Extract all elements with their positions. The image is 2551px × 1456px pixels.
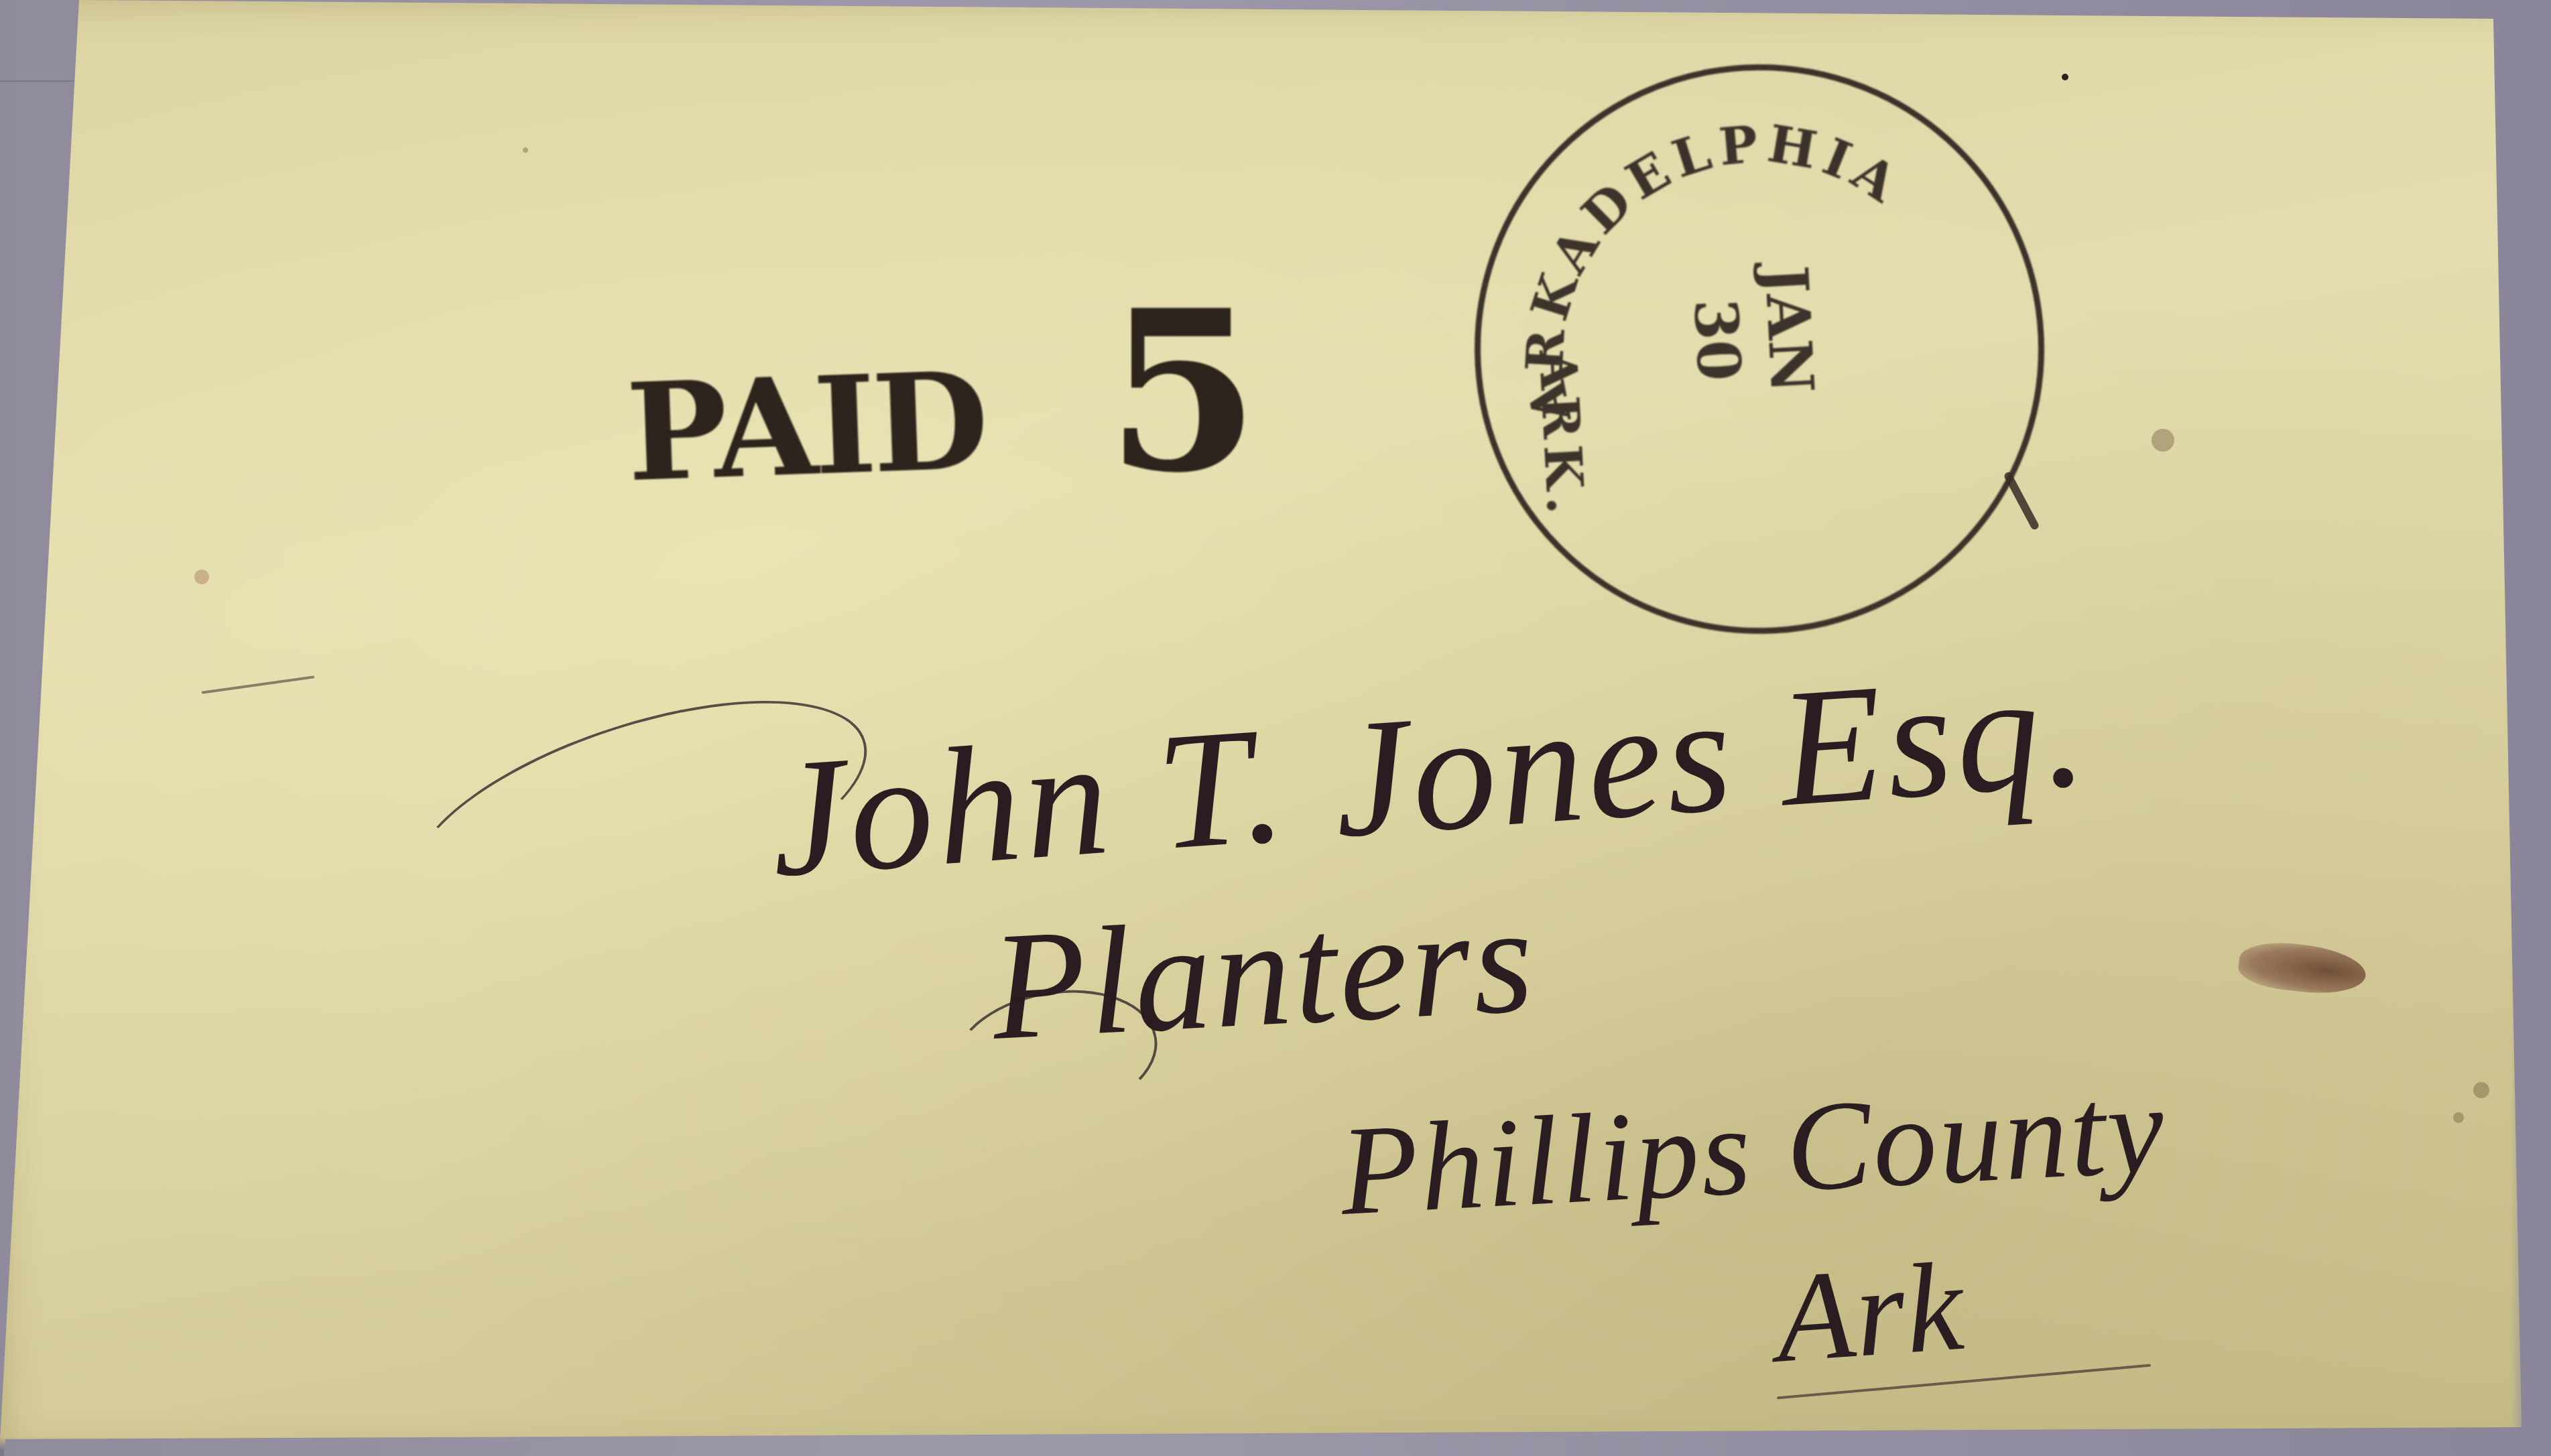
ink-stain	[2237, 938, 2368, 998]
foxing-spot	[2062, 74, 2068, 80]
foxing-spot	[2152, 429, 2174, 452]
stray-pen-mark	[202, 675, 315, 694]
envelope: PAID 5 ARKADELPHIA ARK. JAN 30 John T. J…	[0, 0, 2551, 1456]
postmark-month: JAN	[1751, 259, 1827, 395]
addressee-county: Phillips County	[1336, 1056, 2169, 1245]
envelope-bottom-edge	[0, 1437, 2551, 1456]
rate-handstamp: 5	[1106, 261, 1260, 521]
foxing-spot	[2473, 1082, 2489, 1098]
addressee-name: John T. Jones Esq.	[764, 632, 2095, 917]
circular-datestamp: ARKADELPHIA ARK. JAN 30	[1460, 50, 2058, 648]
foxing-spot	[523, 147, 528, 153]
postmark-graphic: ARKADELPHIA ARK. JAN 30	[1467, 56, 2052, 642]
envelope-right-edge	[2511, 0, 2551, 1456]
backdrop-edge-line	[0, 80, 74, 82]
foxing-spot	[2453, 1112, 2464, 1123]
paid-handstamp: PAID	[624, 342, 987, 512]
addressee-state: Ark	[1771, 1234, 1969, 1392]
foxing-spot	[194, 570, 209, 584]
postmark-state: ARK.	[1527, 348, 1596, 522]
postmark-day: 30	[1680, 297, 1754, 383]
script-flourish	[386, 655, 893, 972]
